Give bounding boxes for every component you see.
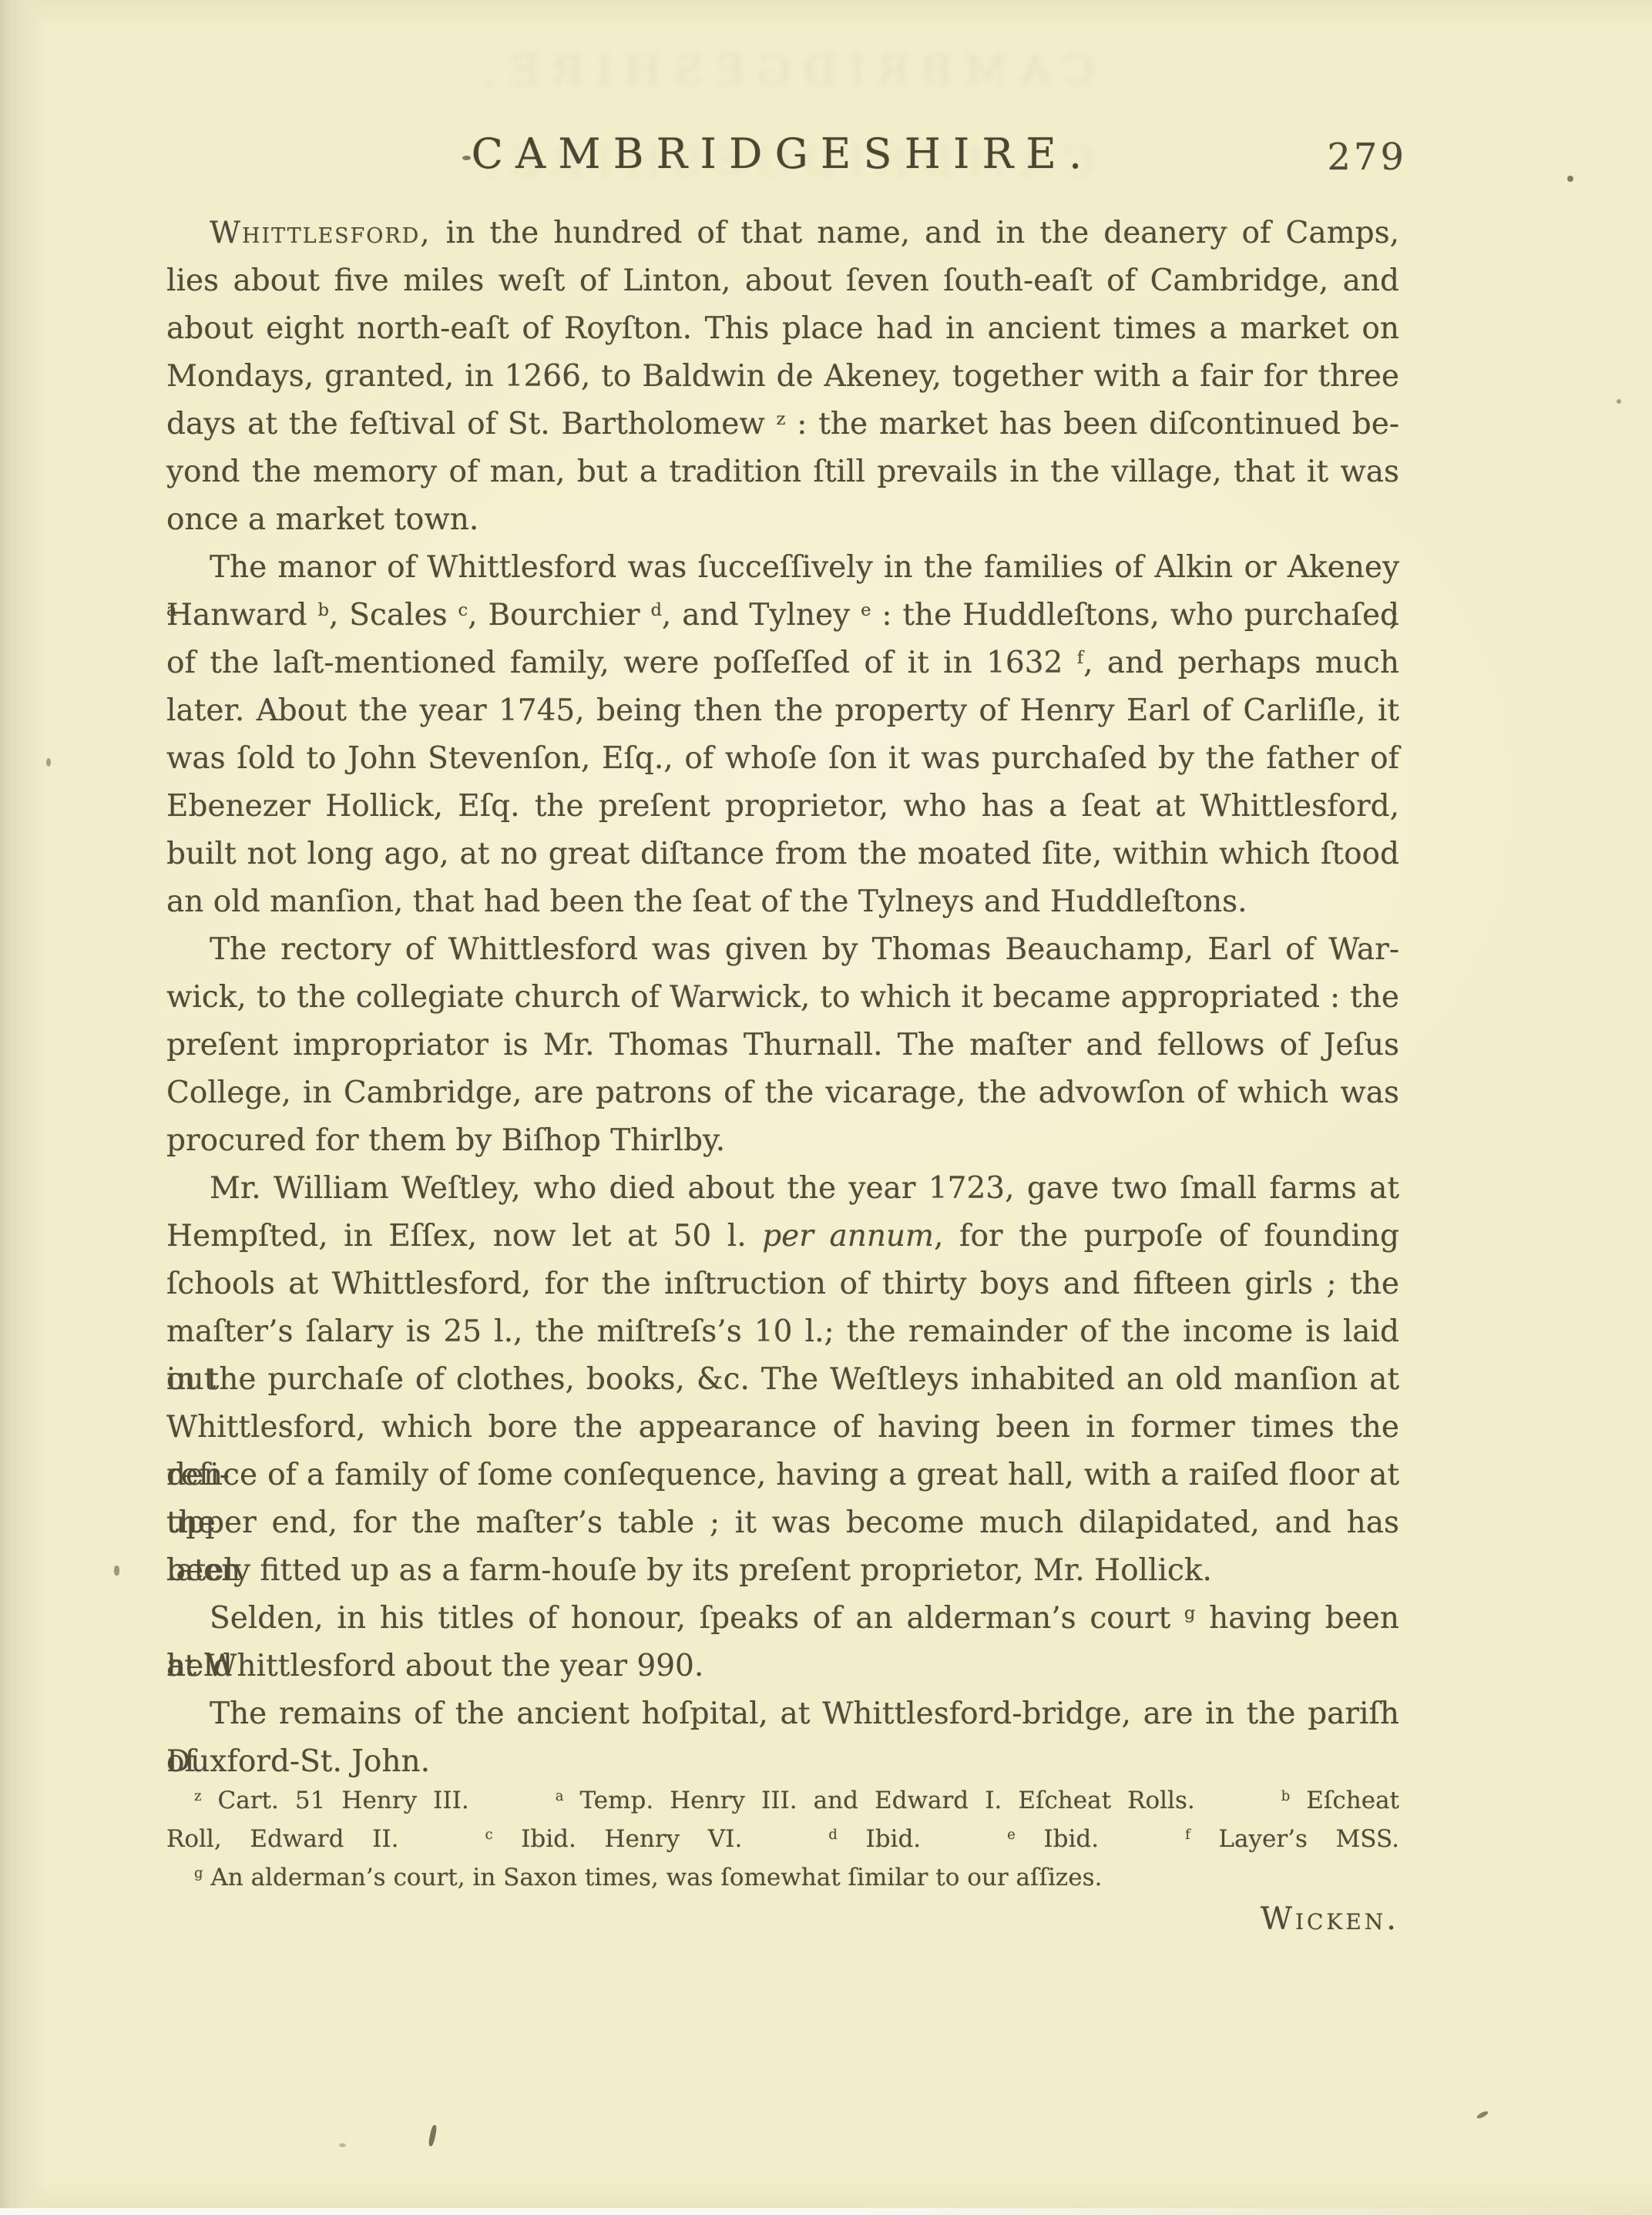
text-line: Selden, in his titles of honour, ſpeaks … [166,1595,1399,1643]
text-segment: in the hundred of that name, and in the … [431,216,1399,250]
text-line: of the laſt-mentioned family, were poſſe… [166,639,1399,687]
ink-speck [339,2143,346,2147]
footnote-marker: a [556,1788,564,1804]
text-line: The rectory of Whittlesford was given by… [166,926,1399,974]
ink-speck [1476,2110,1489,2120]
footnote-marker: b [318,600,329,620]
text-segment: of the laſt-mentioned family, were poſſe… [166,646,1077,680]
text-segment: , Bourchier [468,598,650,633]
body-text: Whittlesford, in the hundred of that nam… [166,210,1399,1786]
ink-speck [428,2125,438,2147]
ink-speck [114,1566,119,1576]
text-segment: days at the feſtival of St. Bartholomew [166,407,777,441]
text-segment: College, in Cambridge, are patrons of th… [166,1076,1399,1110]
paragraph: The remains of the ancient hoſpital, at … [166,1690,1399,1786]
text-segment: , and perhaps much [1083,646,1399,680]
text-line: built not long ago, at no great diſtance… [166,831,1399,878]
text-line: Duxford-St. John. [166,1738,1399,1786]
text-line: an old manſion, that had been the ſeat o… [166,878,1399,926]
text-line: Roll, Edward II.c Ibid. Henry VI.d Ibid.… [166,1820,1399,1858]
text-line: z Cart. 51 Henry III.a Temp. Henry III. … [166,1781,1399,1820]
text-segment: The manor of Whittlesford was ſucceſſive… [210,550,1399,585]
text-segment: Cart. 51 Henry III. [201,1787,468,1814]
footnote-marker: f [1185,1827,1190,1843]
footnote-marker: f [1077,648,1083,668]
book-page: CAMBRIDGESHIRE. CAMBRIDGESHIRE. CAMBRIDG… [0,0,1652,2215]
text-line: about eight north-eaſt of Royſton. This … [166,305,1399,353]
text-line: Hanward b, Scales c, Bourchier d, and Ty… [166,592,1399,639]
text-line: Whittlesford, in the hundred of that nam… [166,210,1399,257]
text-segment: about eight north-eaſt of Royſton. This … [166,311,1399,346]
scan-edge-strip [0,2208,1652,2215]
text-line: preſent impropriator is Mr. Thomas Thurn… [166,1022,1399,1069]
text-segment: at Whittlesford about the year 990. [166,1649,703,1683]
footnotes: z Cart. 51 Henry III.a Temp. Henry III. … [166,1781,1399,1897]
paragraph: The rectory of Whittlesford was given by… [166,926,1399,1165]
text-line: was ſold to John Stevenſon, Eſq., of who… [166,735,1399,783]
text-line: ſchools at Whittlesford, for the inſtruc… [166,1260,1399,1308]
text-segment: Eſcheat [1290,1787,1399,1814]
footnote-marker: d [650,600,661,620]
text-segment: Hempſted, in Eſſex, now let at 50 l. [166,1219,762,1253]
text-segment: lately fitted up as a farm-houſe by its … [166,1553,1212,1588]
footnote-marker: e [1007,1827,1016,1843]
footnote-marker: d [828,1827,838,1843]
text-segment: built not long ago, at no great diſtance… [166,837,1399,871]
text-line: dence of a family of ſome conſequence, h… [166,1451,1399,1499]
page-number: 279 [1327,136,1407,179]
text-segment: once a market town. [166,502,478,537]
text-segment: Ebenezer Hollick, Eſq. the preſent propr… [166,789,1399,824]
text-line: Ebenezer Hollick, Eſq. the preſent propr… [166,783,1399,831]
catchword: Wicken. [166,1901,1399,1937]
text-line: upper end, for the maſter’s table ; it w… [166,1499,1399,1547]
text-segment: Roll, Edward II. [166,1825,398,1853]
text-segment: The rectory of Whittlesford was given by… [210,932,1399,967]
text-segment: preſent impropriator is Mr. Thomas Thurn… [166,1028,1399,1062]
text-segment: Ibid. [838,1825,921,1853]
text-segment: yond the memory of man, but a tradition … [166,455,1399,489]
text-line: procured for them by Biſhop Thirlby. [166,1117,1399,1165]
text-segment: lies about five miles weſt of Linton, ab… [166,263,1399,298]
text-line: days at the feſtival of St. Bartholomew … [166,401,1399,448]
text-line: yond the memory of man, but a tradition … [166,448,1399,496]
text-line: The remains of the ancient hoſpital, at … [166,1690,1399,1738]
smallcaps-text: Whittlesford, [210,216,431,250]
text-segment: : the Huddleſtons, who purchaſed [871,598,1399,633]
text-line: once a market town. [166,496,1399,544]
ink-speck [1567,176,1573,182]
text-segment: Temp. Henry III. and Edward I. Eſcheat R… [563,1787,1194,1814]
show-through-text: CAMBRIDGESHIRE. [166,46,1399,95]
footnote-marker: g [194,1865,203,1881]
text-segment: Duxford-St. John. [166,1744,430,1779]
text-line: The manor of Whittlesford was ſucceſſive… [166,544,1399,592]
text-line: at Whittlesford about the year 990. [166,1643,1399,1690]
italic-text: per annum [762,1219,934,1253]
text-line: g An alderman’s court, in Saxon times, w… [166,1858,1399,1897]
text-line: lies about five miles weſt of Linton, ab… [166,257,1399,305]
footnote-marker: a [166,600,176,620]
text-segment: Layer’s MSS. [1190,1825,1399,1853]
text-segment: Ibid. [1016,1825,1099,1853]
text-segment: was ſold to John Stevenſon, Eſq., of who… [166,741,1399,776]
page-header: CAMBRIDGESHIRE. 279 [166,129,1399,183]
text-line: College, in Cambridge, are patrons of th… [166,1069,1399,1117]
ink-speck [1617,399,1621,404]
ink-speck [46,758,51,767]
text-segment: later. About the year 1745, being then t… [166,693,1399,728]
text-segment: procured for them by Biſhop Thirlby. [166,1123,725,1158]
footnote-marker: z [777,409,786,429]
text-line: Mr. William Weſtley, who died about the … [166,1165,1399,1213]
text-segment: Mondays, granted, in 1266, to Baldwin de… [166,359,1399,394]
text-segment: , for the purpoſe of founding [934,1219,1399,1253]
text-segment: , Scales [329,598,458,633]
text-line: wick, to the collegiate church of Warwic… [166,974,1399,1022]
text-segment: in the purchaſe of clothes, books, &c. T… [166,1362,1399,1397]
paragraph: Mr. William Weſtley, who died about the … [166,1165,1399,1595]
text-line: Whittlesford, which bore the appearance … [166,1404,1399,1451]
catchword-text: Wicken. [1261,1901,1399,1937]
paragraph: Whittlesford, in the hundred of that nam… [166,210,1399,544]
text-segment: , and Tylney [662,598,861,633]
text-segment: Mr. William Weſtley, who died about the … [210,1171,1399,1206]
footnote-marker: z [194,1788,201,1804]
page-title: CAMBRIDGESHIRE. [166,129,1399,178]
text-segment: An alderman’s court, in Saxon times, was… [203,1864,1103,1891]
text-segment: wick, to the collegiate church of Warwic… [166,980,1399,1015]
footnote-marker: c [458,600,468,620]
text-segment: Hanward [166,598,318,633]
text-line: Mondays, granted, in 1266, to Baldwin de… [166,353,1399,401]
footnote-marker: b [1281,1788,1291,1804]
text-line: in the purchaſe of clothes, books, &c. T… [166,1356,1399,1404]
text-line: lately fitted up as a farm-houſe by its … [166,1547,1399,1595]
footnote-marker: c [485,1827,492,1843]
footnote-marker: g [1184,1603,1195,1623]
text-segment: an old manſion, that had been the ſeat o… [166,884,1247,919]
text-line: maſter’s ſalary is 25 l., the miſtreſs’s… [166,1308,1399,1356]
paragraph: The manor of Whittlesford was ſucceſſive… [166,544,1399,926]
text-line: later. About the year 1745, being then t… [166,687,1399,735]
text-segment: ſchools at Whittlesford, for the inſtruc… [166,1267,1399,1301]
paragraph: Selden, in his titles of honour, ſpeaks … [166,1595,1399,1690]
text-segment: Ibid. Henry VI. [493,1825,743,1853]
text-segment: : the market has been diſcontinued be- [785,407,1399,441]
text-segment: Selden, in his titles of honour, ſpeaks … [210,1601,1184,1636]
text-line: Hempſted, in Eſſex, now let at 50 l. per… [166,1213,1399,1260]
footnote-marker: e [861,600,871,620]
